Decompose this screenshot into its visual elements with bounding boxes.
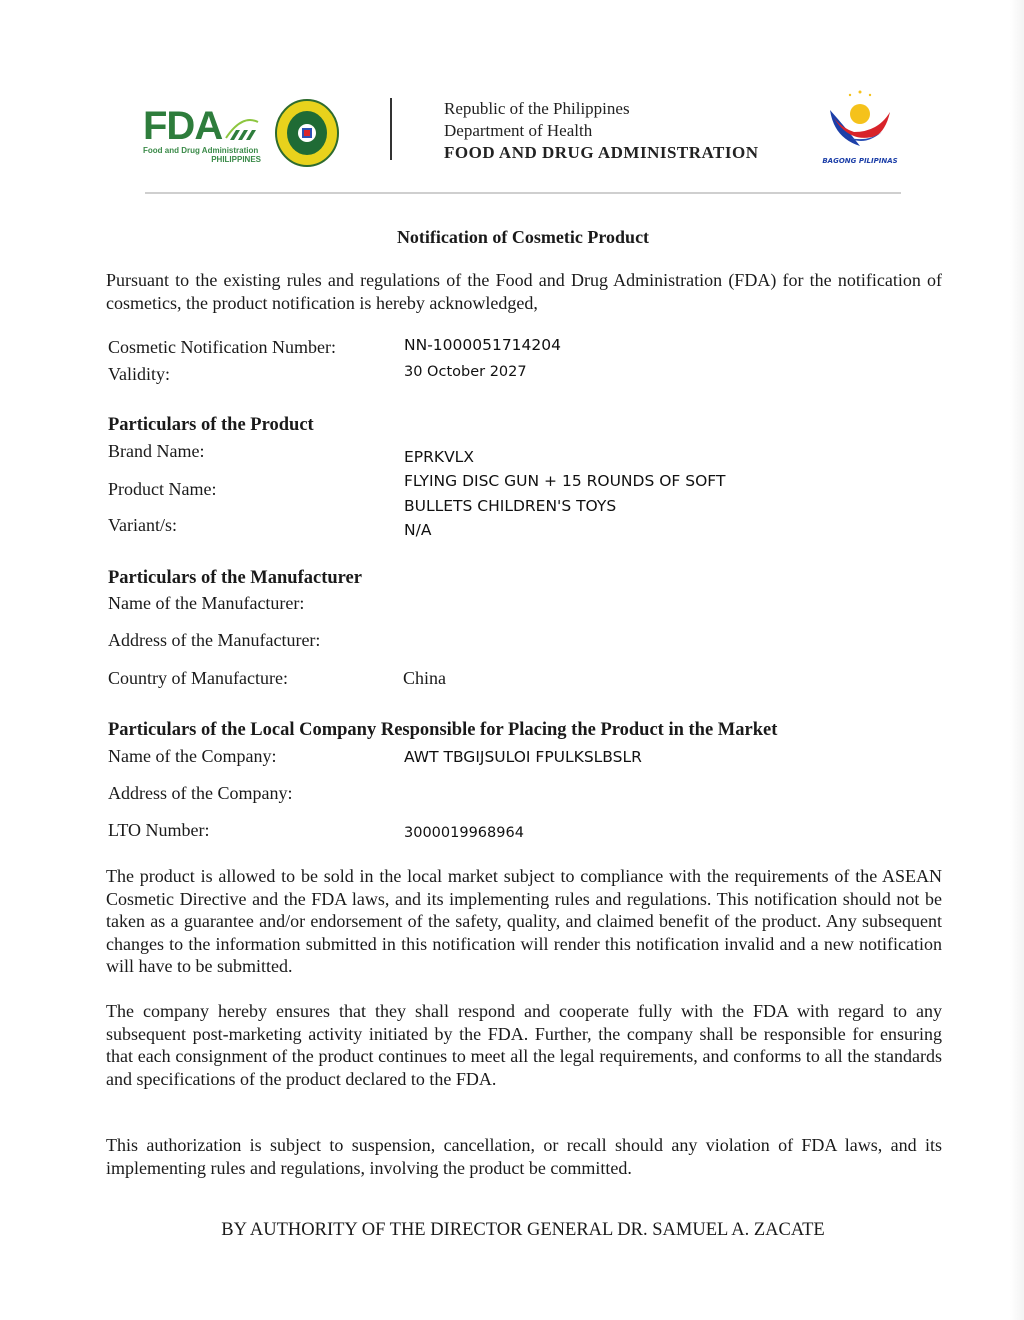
bagong-pilipinas-emblem-icon	[820, 88, 900, 152]
cooperation-paragraph: The company hereby ensures that they sha…	[106, 1000, 942, 1090]
local-company-heading: Particulars of the Local Company Respons…	[108, 720, 777, 741]
agency-line-fda: FOOD AND DRUG ADMINISTRATION	[444, 142, 759, 164]
document-title: Notification of Cosmetic Product	[0, 227, 1024, 248]
fda-swoosh-icon	[224, 118, 260, 142]
fda-logo-mark: FDA	[143, 106, 222, 146]
company-address-label: Address of the Company:	[108, 783, 292, 804]
product-name-value-line2: BULLETS CHILDREN'S TOYS	[404, 497, 616, 515]
notification-number-value: NN-1000051714204	[404, 336, 561, 354]
authorization-paragraph: This authorization is subject to suspens…	[106, 1134, 942, 1179]
fda-logo-line2: PHILIPPINES	[143, 155, 265, 164]
header-rule	[145, 192, 901, 194]
variant-value: N/A	[404, 521, 431, 539]
product-name-label: Product Name:	[108, 479, 216, 500]
country-label: Country of Manufacture:	[108, 668, 288, 689]
compliance-paragraph: The product is allowed to be sold in the…	[106, 865, 942, 978]
agency-line-department: Department of Health	[444, 120, 759, 142]
variant-label: Variant/s:	[108, 515, 177, 536]
doh-seal-icon	[275, 99, 339, 167]
manufacturer-address-label: Address of the Manufacturer:	[108, 630, 320, 651]
lto-value: 3000019968964	[404, 825, 524, 841]
company-name-value: AWT TBGIJSULOI FPULKSLBSLR	[404, 748, 642, 766]
lto-label: LTO Number:	[108, 820, 210, 841]
fda-logo: FDA Food and Drug Administration PHILIPP…	[143, 106, 265, 164]
bagong-pilipinas-logo: BAGONG PILIPINAS	[820, 88, 900, 164]
page-edge-shadow	[1010, 0, 1024, 1320]
manufacturer-name-label: Name of the Manufacturer:	[108, 593, 304, 614]
agency-line-republic: Republic of the Philippines	[444, 98, 759, 120]
validity-label: Validity:	[108, 364, 170, 385]
product-name-value-line1: FLYING DISC GUN + 15 ROUNDS OF SOFT	[404, 472, 725, 490]
bagong-pilipinas-text: BAGONG PILIPINAS	[820, 157, 900, 165]
product-heading: Particulars of the Product	[108, 415, 314, 436]
brand-name-label: Brand Name:	[108, 441, 204, 462]
notification-number-label: Cosmetic Notification Number:	[108, 337, 336, 358]
company-name-label: Name of the Company:	[108, 746, 276, 767]
header-divider	[390, 98, 392, 160]
intro-paragraph: Pursuant to the existing rules and regul…	[106, 269, 942, 314]
fda-logo-line1: Food and Drug Administration	[143, 146, 265, 155]
authority-line: BY AUTHORITY OF THE DIRECTOR GENERAL DR.…	[0, 1220, 1024, 1241]
agency-header: Republic of the Philippines Department o…	[444, 98, 759, 164]
brand-name-value: EPRKVLX	[404, 448, 474, 466]
manufacturer-heading: Particulars of the Manufacturer	[108, 568, 362, 589]
country-value: China	[403, 668, 446, 689]
validity-value: 30 October 2027	[404, 364, 527, 380]
